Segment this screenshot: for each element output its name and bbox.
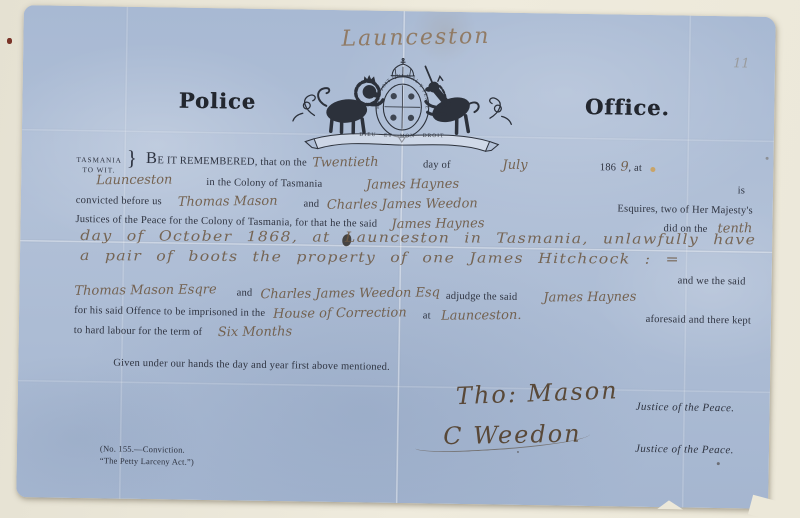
- royal-coat-of-arms-icon: HONI SOIT QUI MAL Y PENSE DIEU · ET · MO…: [285, 53, 521, 157]
- printed-text: to hard labour for the term of: [74, 325, 203, 338]
- footnote-line-2: “The Petty Larceny Act.”): [100, 455, 194, 468]
- printed-text: and we the said: [678, 275, 746, 287]
- printed-text: at: [423, 310, 431, 321]
- printed-text: and: [237, 288, 253, 299]
- fold-crease-vertical-right: [681, 16, 692, 508]
- handwritten-offence-line-1: day of October 1868, at Launceston in Ta…: [80, 228, 756, 248]
- conviction-document-paper: Launceston 11 Police Office.: [16, 5, 776, 509]
- signature-title-justice1: Justice of the Peace.: [636, 401, 735, 415]
- handwritten-prison-town: Launceston.: [441, 308, 521, 324]
- signature-title-justice2: Justice of the Peace.: [635, 443, 734, 457]
- printed-text: adjudge the said: [446, 291, 518, 303]
- handwritten-year-digit: 9: [620, 160, 628, 175]
- handwritten-place: Launceston: [96, 172, 172, 188]
- signature-justice1: Tho: Mason: [455, 376, 619, 410]
- pencil-corner-mark: 11: [733, 56, 750, 71]
- dark-speck: [766, 157, 769, 160]
- lion-icon: [318, 74, 384, 133]
- handwritten-day-of-conviction: Twentieth: [313, 155, 379, 171]
- printed-year-prefix: 186: [600, 162, 617, 173]
- printed-text: convicted before us: [76, 195, 162, 207]
- jurisdiction-top: TASMANIA: [76, 156, 122, 166]
- handwritten-justice2-name: Charles James Weedon Esq: [260, 285, 440, 302]
- torn-edge-notch: [657, 500, 683, 509]
- handwritten-place-annotation: Launceston: [341, 24, 490, 52]
- handwritten-sentence-term: Six Months: [218, 324, 292, 340]
- printed-text: in the Colony of Tasmania: [206, 177, 322, 190]
- handwritten-defendant-name: James Haynes: [543, 290, 636, 306]
- form-number-footnote: (No. 155.—Conviction. “The Petty Larceny…: [100, 443, 195, 468]
- drop-cap: B: [146, 148, 158, 168]
- handwritten-justice1-name: Thomas Mason: [178, 194, 278, 210]
- printed-text: Given under our hands the day and year f…: [113, 358, 390, 373]
- torn-corner: [748, 495, 778, 518]
- signature-flourish: [415, 428, 591, 454]
- printed-text: is: [738, 185, 746, 196]
- mat-stain: [7, 38, 12, 44]
- printed-text: E IT REMEMBERED, that on the: [157, 155, 307, 168]
- handwritten-defendant-name: James Haynes: [366, 177, 459, 193]
- handwritten-justice2-name: Charles James Weedon: [327, 196, 478, 213]
- photo-background-mat: Launceston 11 Police Office.: [0, 0, 800, 518]
- handwritten-month: July: [503, 158, 528, 173]
- handwritten-offence-line-2: a pair of boots the property of one Jame…: [80, 248, 680, 268]
- masthead-police: Police: [137, 87, 297, 115]
- fold-crease-horizontal-lower: [18, 379, 770, 394]
- printed-text: aforesaid and there kept: [646, 314, 752, 327]
- printed-text: day of: [423, 159, 451, 170]
- masthead-office: Office.: [547, 93, 707, 121]
- jurisdiction-brace: }: [127, 146, 137, 171]
- crown-icon: [391, 58, 415, 76]
- dark-speck: [517, 451, 519, 453]
- closing-line: Given under our hands the day and year f…: [113, 353, 390, 375]
- unicorn-icon: [424, 66, 479, 133]
- printed-text: and: [303, 199, 319, 210]
- printed-text: , at: [628, 163, 642, 174]
- handwritten-justice1-name: Thomas Mason Esqre: [74, 282, 216, 298]
- dark-speck: [717, 462, 720, 465]
- handwritten-prison: House of Correction: [273, 305, 407, 321]
- printed-text: Esquires, two of Her Majesty's: [617, 203, 752, 216]
- printed-text: for his said Offence to be imprisoned in…: [74, 305, 265, 319]
